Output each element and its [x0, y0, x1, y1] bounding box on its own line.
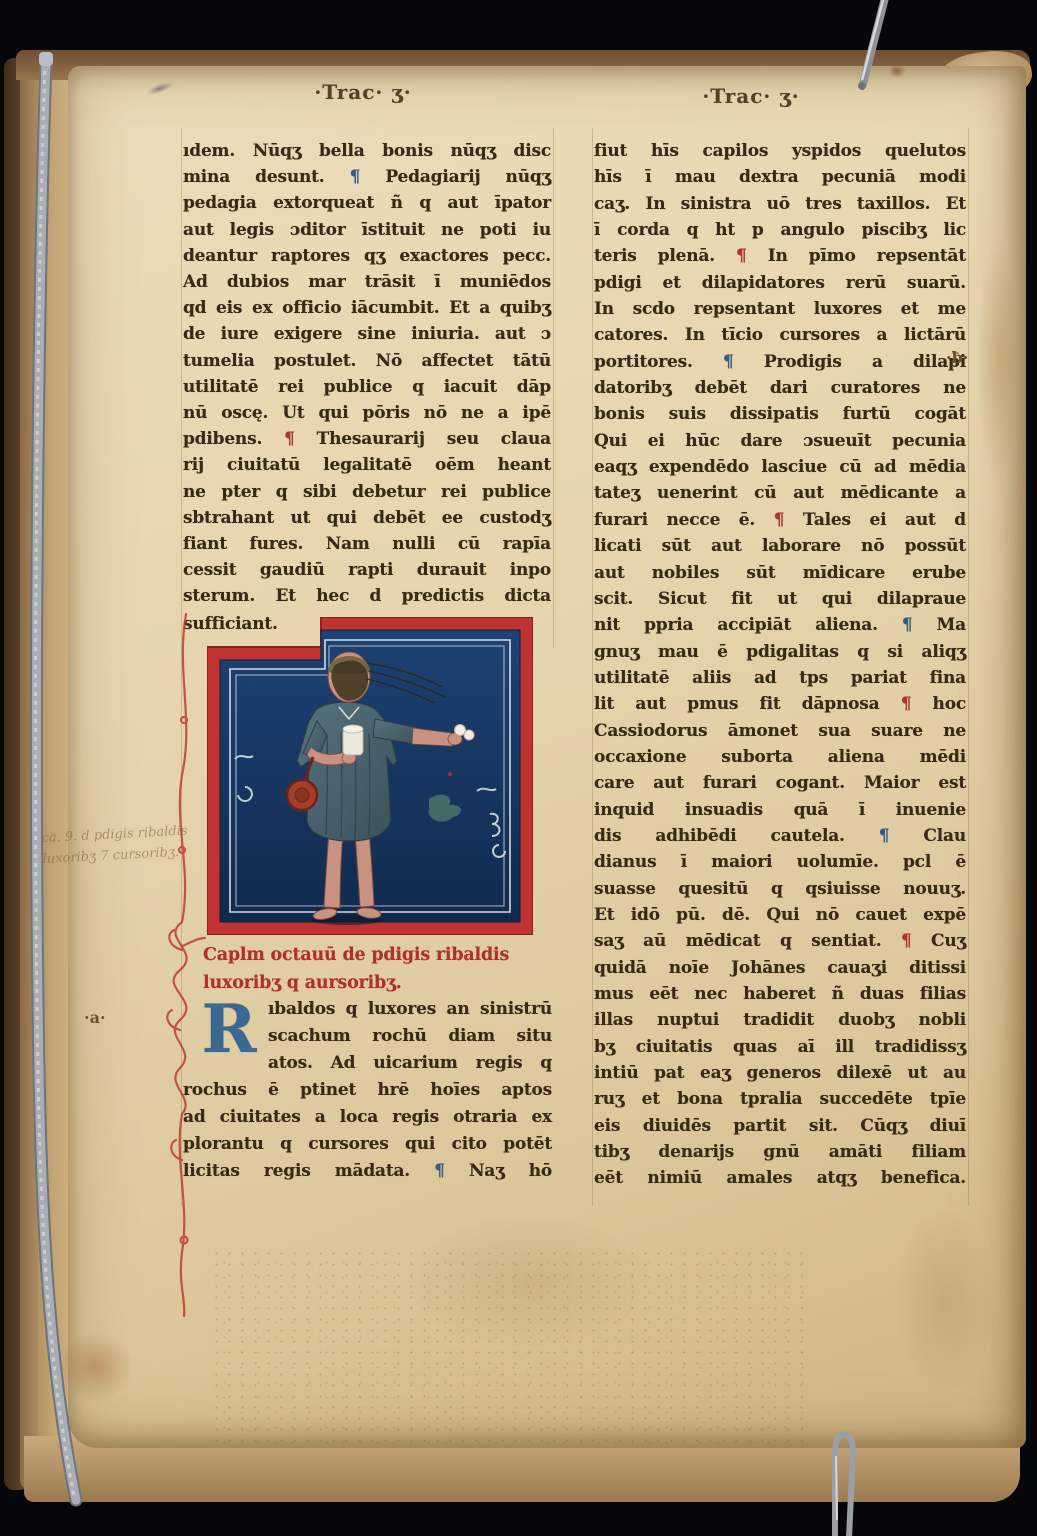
binding-cord — [35, 52, 76, 1500]
metal-clip-bottom — [835, 1434, 853, 1536]
manuscript-photo: ·Trac· ʒ· ·Trac· ʒ· ıdem. Nūqʒ bella bon… — [0, 0, 1037, 1536]
metal-clip-top — [858, 0, 886, 90]
hardware-layer — [0, 0, 1037, 1536]
